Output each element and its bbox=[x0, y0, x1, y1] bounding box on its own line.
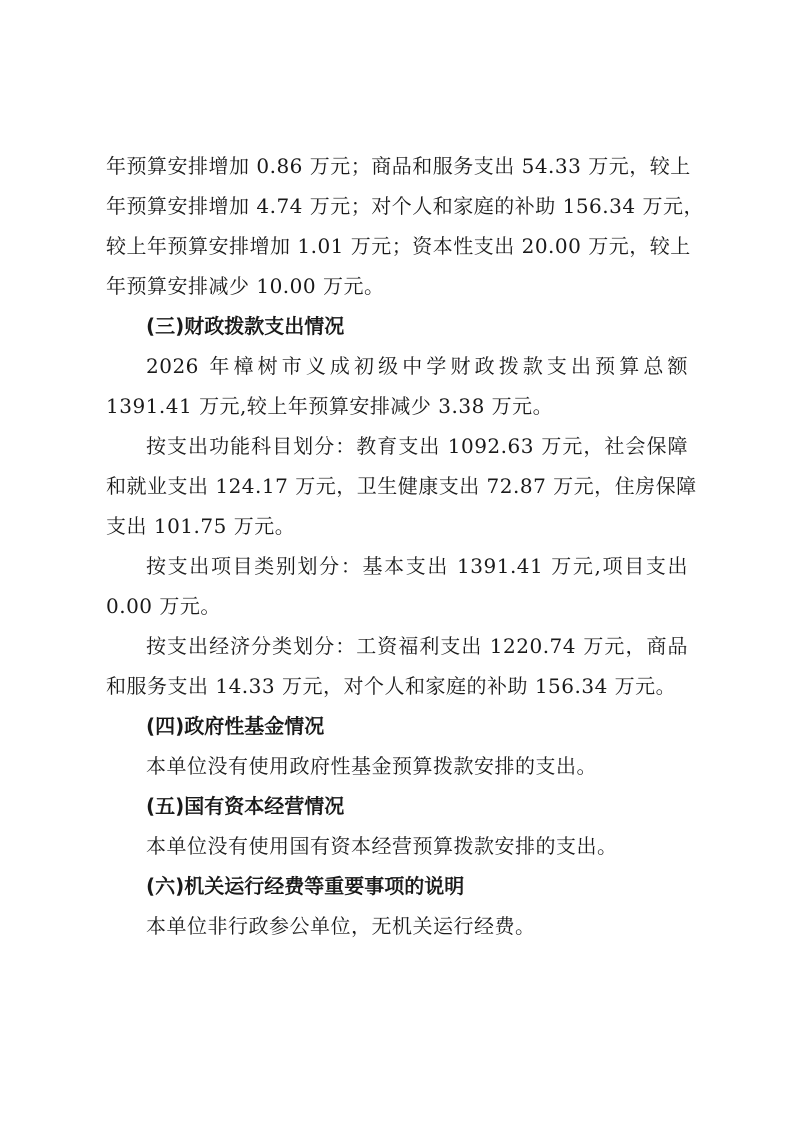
paragraph-line: 0.00 万元。 bbox=[106, 594, 688, 618]
paragraph-line: 1391.41 万元,较上年预算安排减少 3.38 万元。 bbox=[106, 394, 688, 418]
section-heading-3: (三)财政拨款支出情况 bbox=[146, 314, 344, 338]
paragraph-line: 年预算安排增加 0.86 万元；商品和服务支出 54.33 万元，较上 bbox=[106, 154, 688, 178]
paragraph-line: 本单位非行政参公单位，无机关运行经费。 bbox=[146, 914, 688, 938]
paragraph-line: 较上年预算安排增加 1.01 万元；资本性支出 20.00 万元，较上 bbox=[106, 234, 688, 258]
paragraph-line: 和服务支出 14.33 万元，对个人和家庭的补助 156.34 万元。 bbox=[106, 674, 688, 698]
section-heading-5: (五)国有资本经营情况 bbox=[146, 794, 344, 818]
section-heading-6: (六)机关运行经费等重要事项的说明 bbox=[146, 874, 464, 898]
paragraph-line: 支出 101.75 万元。 bbox=[106, 514, 688, 538]
paragraph-line: 和就业支出 124.17 万元，卫生健康支出 72.87 万元，住房保障 bbox=[106, 474, 688, 498]
paragraph-line: 按支出经济分类划分：工资福利支出 1220.74 万元，商品 bbox=[146, 634, 688, 658]
paragraph-line: 按支出功能科目划分：教育支出 1092.63 万元，社会保障 bbox=[146, 434, 688, 458]
paragraph-line: 按支出项目类别划分：基本支出 1391.41 万元,项目支出 bbox=[146, 554, 688, 578]
paragraph-line: 年预算安排减少 10.00 万元。 bbox=[106, 274, 688, 298]
section-heading-4: (四)政府性基金情况 bbox=[146, 714, 324, 738]
paragraph-line: 年预算安排增加 4.74 万元；对个人和家庭的补助 156.34 万元， bbox=[106, 194, 688, 218]
paragraph-line: 本单位没有使用政府性基金预算拨款安排的支出。 bbox=[146, 754, 688, 778]
paragraph-line: 本单位没有使用国有资本经营预算拨款安排的支出。 bbox=[146, 834, 688, 858]
paragraph-line: 2026 年樟树市义成初级中学财政拨款支出预算总额 bbox=[146, 354, 688, 378]
